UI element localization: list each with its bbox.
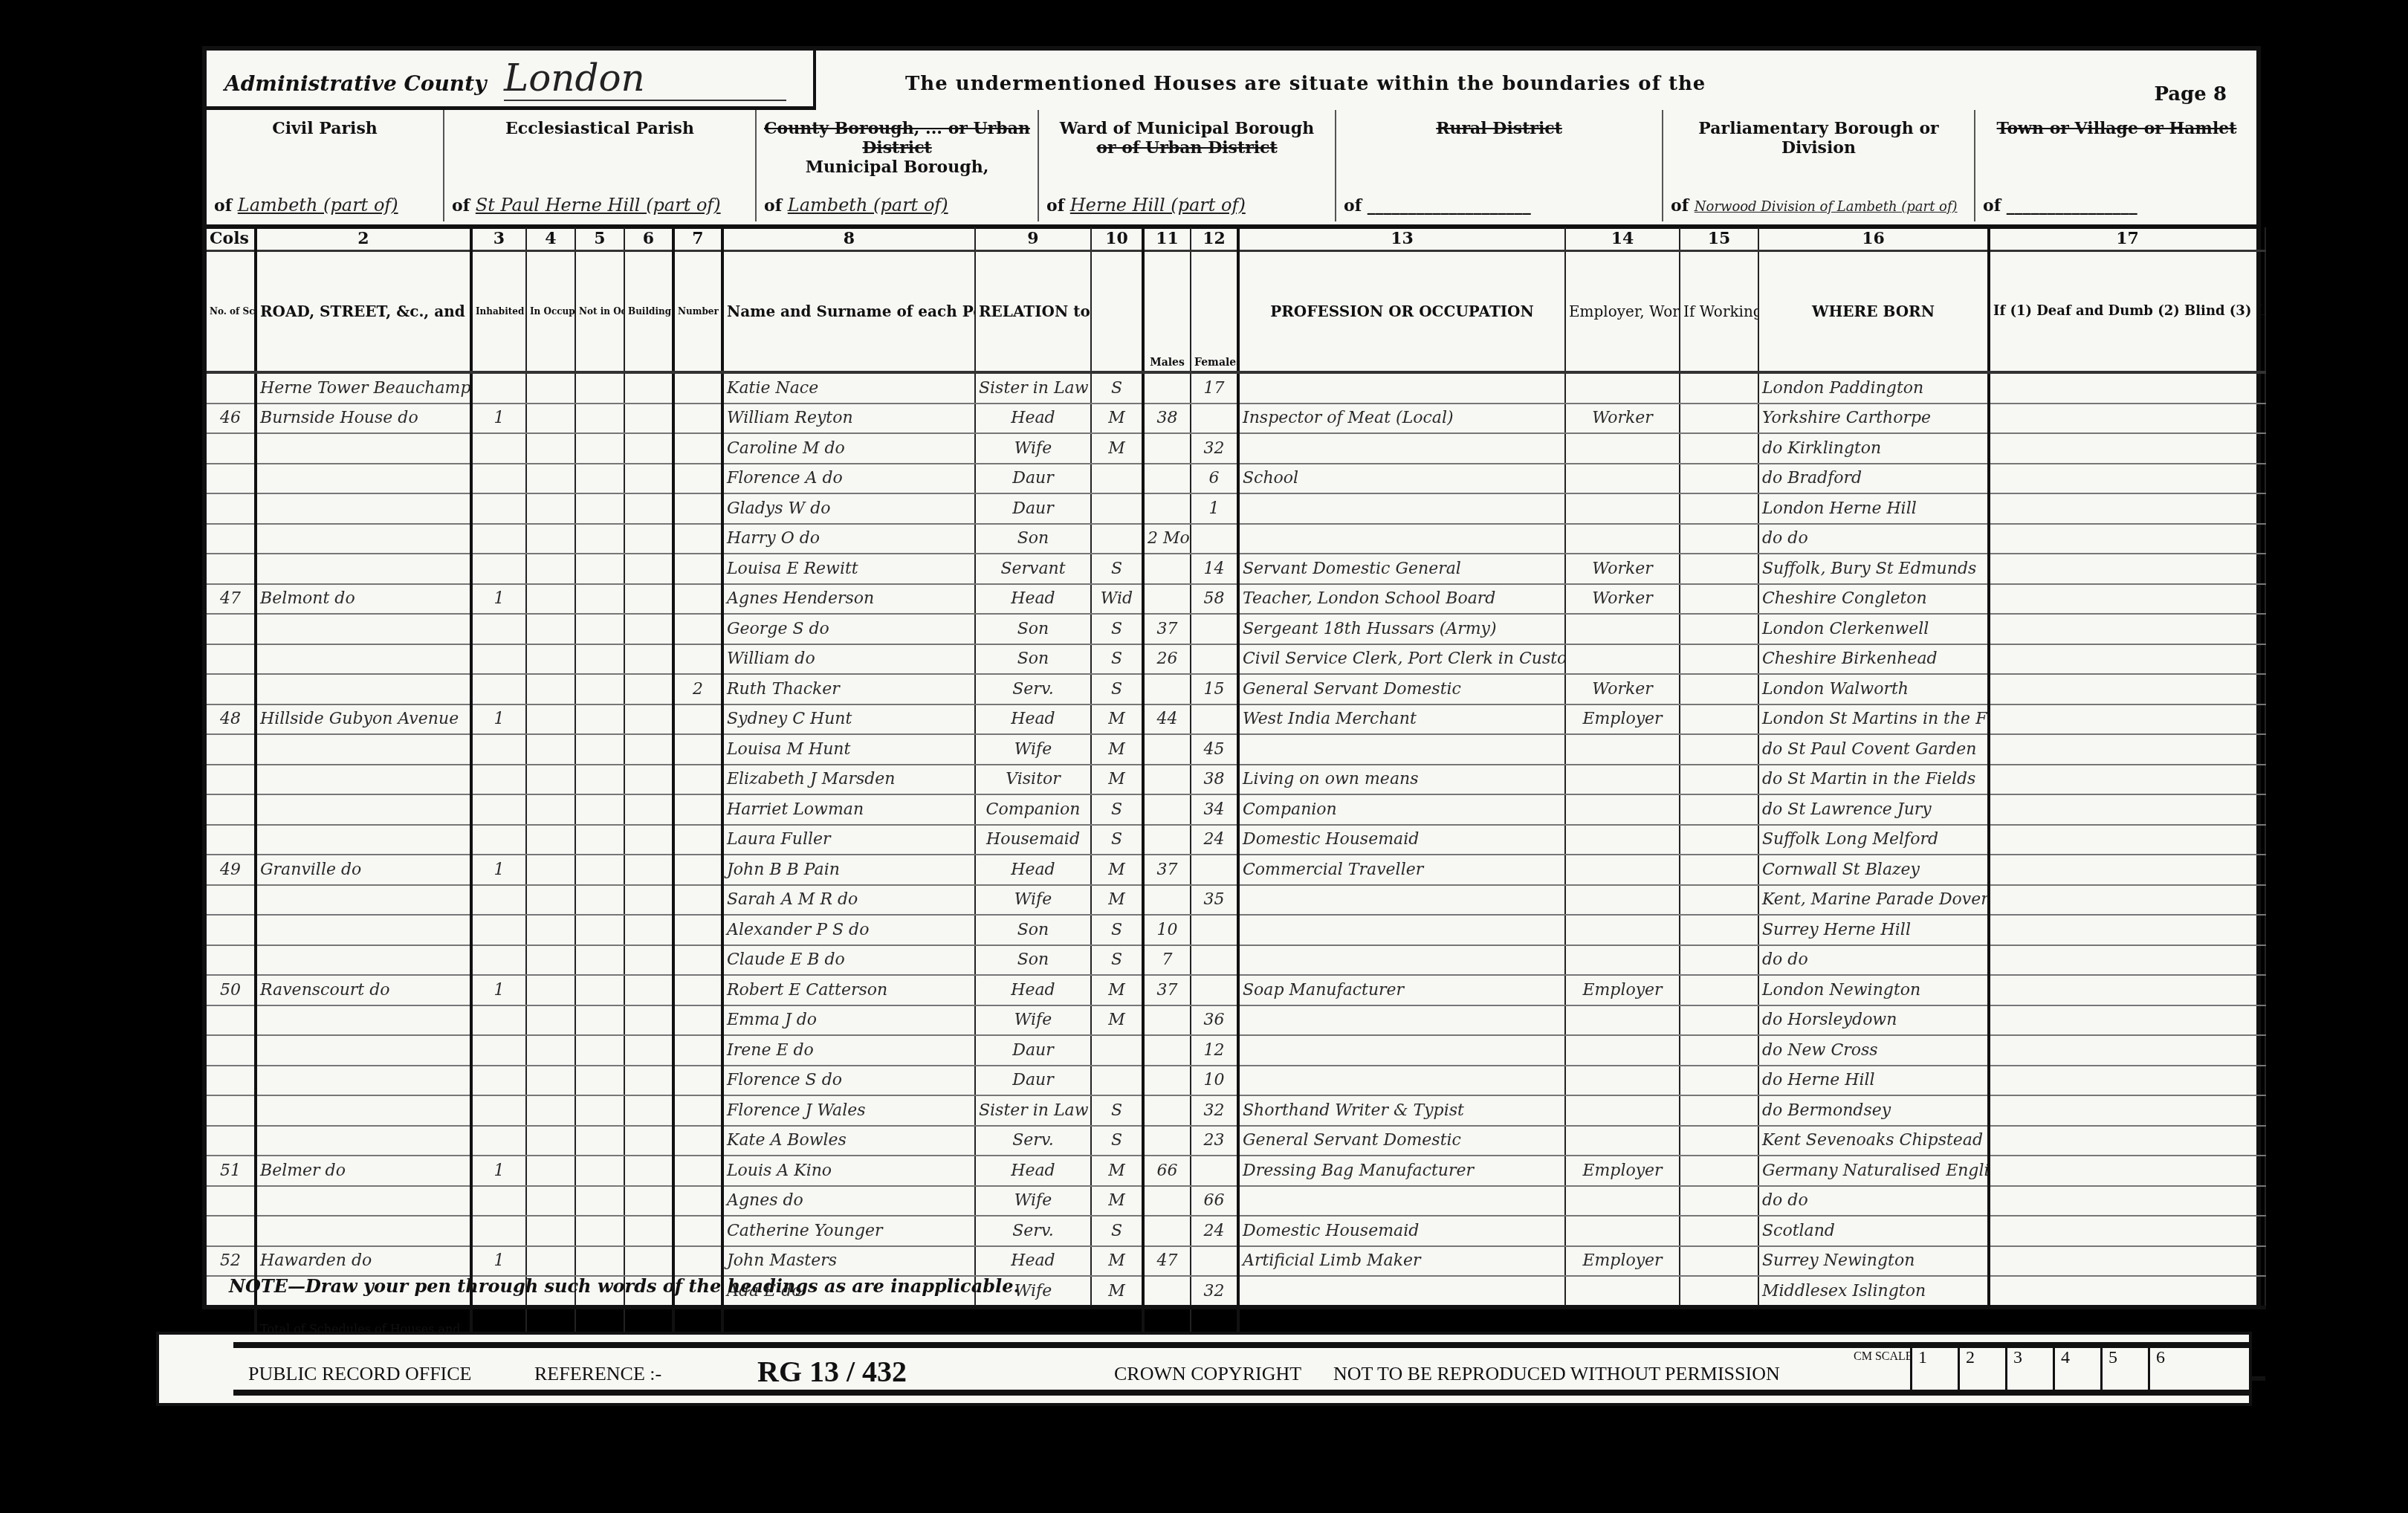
cell-empty (575, 524, 624, 554)
cell-name: Katie Nace (722, 372, 975, 404)
cell-empty (575, 674, 624, 704)
cell-empty (575, 915, 624, 945)
cell-empty (526, 1066, 575, 1096)
area-value: Norwood Division of Lambeth (part of) (1695, 199, 1958, 215)
cell-empty (624, 493, 673, 524)
cell-name: Louisa E Rewitt (722, 554, 975, 584)
cell-empty (624, 945, 673, 976)
table-row: 46Burnside House do1William ReytonHeadM3… (207, 404, 2265, 434)
area-value: Herne Hill (part of) (1070, 195, 1246, 216)
heading-condition: Condition as to Marriage (1091, 251, 1143, 373)
cell-occupation: General Servant Domestic (1238, 674, 1565, 704)
cell-condition (1091, 1066, 1143, 1096)
cell-empty (575, 855, 624, 885)
cell-name: Sydney C Hunt (722, 704, 975, 735)
cell-male-age: 26 (1143, 644, 1191, 675)
cell-male-age: 47 (1143, 1246, 1191, 1277)
heading-road-street: ROAD, STREET, &c., and No. or NAME of HO… (256, 251, 471, 373)
cell-schedule (207, 915, 256, 945)
cell-empty (1680, 1005, 1758, 1036)
cell-female-age: 24 (1191, 1216, 1238, 1246)
cell-inhab (471, 734, 526, 765)
cell-rooms (673, 1156, 722, 1186)
cell-inhab: 1 (471, 704, 526, 735)
cell-name: Agnes do (722, 1186, 975, 1216)
cell-female-age: 45 (1191, 734, 1238, 765)
cell-female-age: 14 (1191, 554, 1238, 584)
cell-rooms (673, 372, 722, 404)
cell-born: London Clerkenwell (1758, 614, 1989, 644)
cell-empty (624, 433, 673, 464)
cell-male-age (1143, 1066, 1191, 1096)
col-num: 13 (1238, 227, 1565, 251)
cell-occupation (1238, 372, 1565, 404)
cell-occupation: Living on own means (1238, 765, 1565, 795)
cell-empty (526, 433, 575, 464)
ecclesiastical-parish: Ecclesiastical Parish of St Paul Herne H… (444, 110, 757, 221)
cell-empty (624, 825, 673, 855)
cell-occupation (1238, 1005, 1565, 1036)
cell-male-age: 44 (1143, 704, 1191, 735)
cell-male-age (1143, 825, 1191, 855)
cell-empty (1680, 404, 1758, 434)
cell-occupation: Teacher, London School Board (1238, 584, 1565, 615)
cell-empty (624, 1126, 673, 1156)
scale-mark: 1 (1910, 1348, 1958, 1396)
cell-house (256, 885, 471, 916)
cell-occupation: West India Merchant (1238, 704, 1565, 735)
cell-born: do Herne Hill (1758, 1066, 1989, 1096)
cell-occupation (1238, 885, 1565, 916)
cell-empty (526, 584, 575, 615)
table-row: Kate A BowlesServ.S23General Servant Dom… (207, 1126, 2265, 1156)
cell-empty (526, 915, 575, 945)
cell-employ: Employer (1565, 1156, 1680, 1186)
cell-house (256, 1126, 471, 1156)
instruction-note: NOTE—Draw your pen through such words of… (229, 1275, 1020, 1297)
reference-label: REFERENCE :- (534, 1363, 661, 1385)
cell-house (256, 493, 471, 524)
cell-name: John B B Pain (722, 855, 975, 885)
cell-empty (1680, 945, 1758, 976)
cell-female-age (1191, 975, 1238, 1005)
cell-schedule (207, 734, 256, 765)
cell-female-age: 32 (1191, 1276, 1238, 1307)
cell-born: do do (1758, 524, 1989, 554)
cell-empty (624, 1216, 673, 1246)
civil-parish: Civil Parish of Lambeth (part of) (207, 110, 444, 221)
cell-inhab (471, 614, 526, 644)
cell-name: Catherine Younger (722, 1216, 975, 1246)
cell-name: Florence A do (722, 464, 975, 494)
cell-occupation: Dressing Bag Manufacturer (1238, 1156, 1565, 1186)
cell-rooms (673, 1186, 722, 1216)
cell-infirm (1989, 1246, 2265, 1277)
cell-empty (575, 825, 624, 855)
cell-rooms (673, 404, 722, 434)
cell-empty (1680, 1216, 1758, 1246)
cell-female-age (1191, 1156, 1238, 1186)
table-row: Emma J doWifeM36do Horsleydown (207, 1005, 2265, 1036)
cell-name: Robert E Catterson (722, 975, 975, 1005)
cell-schedule (207, 614, 256, 644)
cell-empty (575, 1156, 624, 1186)
cell-born: Suffolk Long Melford (1758, 825, 1989, 855)
divider (233, 1342, 2249, 1348)
cell-name: Sarah A M R do (722, 885, 975, 916)
cell-empty (575, 1126, 624, 1156)
cell-empty (624, 674, 673, 704)
cell-inhab: 1 (471, 404, 526, 434)
cell-female-age (1191, 404, 1238, 434)
cell-relation: Serv. (975, 1216, 1091, 1246)
cell-condition: M (1091, 404, 1143, 434)
cell-female-age (1191, 855, 1238, 885)
cell-female-age: 17 (1191, 372, 1238, 404)
cell-inhab (471, 554, 526, 584)
cell-infirm (1989, 433, 2265, 464)
cell-name: Ruth Thacker (722, 674, 975, 704)
cell-empty (624, 1156, 673, 1186)
cell-relation: Son (975, 945, 1091, 976)
cell-empty (526, 794, 575, 825)
cell-employ (1565, 1186, 1680, 1216)
cell-empty (526, 855, 575, 885)
cell-born: do Horsleydown (1758, 1005, 1989, 1036)
page-label: Page (2154, 83, 2206, 106)
cell-empty (526, 554, 575, 584)
cell-infirm (1989, 794, 2265, 825)
cell-relation: Wife (975, 885, 1091, 916)
cell-empty (526, 945, 575, 976)
cell-empty (1680, 644, 1758, 675)
heading-where-born: WHERE BORN (1758, 251, 1989, 373)
cell-empty (526, 404, 575, 434)
cell-schedule: 49 (207, 855, 256, 885)
cell-born: do Bermondsey (1758, 1095, 1989, 1126)
cell-born: do St Martin in the Fields (1758, 765, 1989, 795)
cell-schedule (207, 885, 256, 916)
cell-occupation: Soap Manufacturer (1238, 975, 1565, 1005)
cell-employ: Worker (1565, 554, 1680, 584)
table-row: 50Ravenscourt do1Robert E CattersonHeadM… (207, 975, 2265, 1005)
cell-infirm (1989, 825, 2265, 855)
cell-male-age (1143, 493, 1191, 524)
area-of: of Herne Hill (part of) (1046, 195, 1246, 216)
cell-name: Elizabeth J Marsden (722, 765, 975, 795)
cell-female-age: 32 (1191, 1095, 1238, 1126)
cell-empty (575, 945, 624, 976)
col-num: 10 (1091, 227, 1143, 251)
table-row: Florence A doDaur6Schooldo Bradford (207, 464, 2265, 494)
heading-not-in-occupation: Not in Occupation (575, 251, 624, 373)
cell-relation: Head (975, 1246, 1091, 1277)
cell-infirm (1989, 1186, 2265, 1216)
cell-occupation: Civil Service Clerk, Port Clerk in Custo… (1238, 644, 1565, 675)
census-sheet: Administrative County London The underme… (202, 46, 2261, 1309)
table-row: Laura FullerHousemaidS24Domestic Housema… (207, 825, 2265, 855)
cell-rooms (673, 524, 722, 554)
cell-inhab (471, 493, 526, 524)
cell-occupation (1238, 1186, 1565, 1216)
cell-born: Cornwall St Blazey (1758, 855, 1989, 885)
cell-condition: M (1091, 734, 1143, 765)
cell-male-age (1143, 1186, 1191, 1216)
cell-inhab (471, 1095, 526, 1126)
cell-inhab (471, 1035, 526, 1066)
area-of: of ____________________ (1344, 196, 1531, 216)
cell-employ (1565, 1216, 1680, 1246)
cell-rooms (673, 734, 722, 765)
cell-employ (1565, 1066, 1680, 1096)
ward: Ward of Municipal Boroughor of Urban Dis… (1039, 110, 1336, 221)
heading-infirmity: If (1) Deaf and Dumb (2) Blind (3) Lunat… (1989, 251, 2265, 373)
cell-empty (624, 885, 673, 916)
cell-condition: M (1091, 704, 1143, 735)
cell-empty (1680, 704, 1758, 735)
cell-empty (1680, 1156, 1758, 1186)
cell-female-age (1191, 915, 1238, 945)
cell-female-age: 6 (1191, 464, 1238, 494)
reproduction-notice: NOT TO BE REPRODUCED WITHOUT PERMISSION (1333, 1363, 1780, 1385)
page-number-value: 8 (2213, 83, 2227, 106)
cell-empty (575, 765, 624, 795)
col-num: 9 (975, 227, 1091, 251)
cell-house (256, 524, 471, 554)
cell-relation: Companion (975, 794, 1091, 825)
page-number: Page 8 (2154, 83, 2227, 106)
cell-empty (575, 885, 624, 916)
cell-occupation: School (1238, 464, 1565, 494)
table-row: 2Ruth ThackerServ.S15General Servant Dom… (207, 674, 2265, 704)
cell-male-age (1143, 734, 1191, 765)
county-value: London (504, 56, 786, 101)
cell-male-age: 37 (1143, 855, 1191, 885)
cell-name: Harriet Lowman (722, 794, 975, 825)
cell-name: Florence S do (722, 1066, 975, 1096)
cell-rooms (673, 433, 722, 464)
cell-empty (624, 372, 673, 404)
cell-rooms (673, 1066, 722, 1096)
cell-empty (624, 404, 673, 434)
struck-heading: or of Urban District (1096, 138, 1277, 158)
cell-empty (1680, 1186, 1758, 1216)
struck-heading: County Borough, ... or Urban District (764, 119, 1030, 158)
struck-heading: Rural District (1436, 119, 1562, 138)
cell-female-age: 23 (1191, 1126, 1238, 1156)
cell-empty (624, 584, 673, 615)
cell-occupation (1238, 1066, 1565, 1096)
cell-employ (1565, 433, 1680, 464)
cell-occupation: Domestic Housemaid (1238, 1216, 1565, 1246)
cell-empty (526, 614, 575, 644)
cell-employ: Worker (1565, 674, 1680, 704)
cell-schedule (207, 464, 256, 494)
cell-name: Caroline M do (722, 433, 975, 464)
cell-born: do do (1758, 945, 1989, 976)
heading-schedule: No. of Schedule (207, 251, 256, 373)
cell-born: Scotland (1758, 1216, 1989, 1246)
cell-rooms (673, 464, 722, 494)
cell-relation: Wife (975, 1005, 1091, 1036)
cell-female-age: 38 (1191, 765, 1238, 795)
scale-mark: 2 (1958, 1348, 2005, 1396)
cell-empty (624, 1005, 673, 1036)
cell-employ (1565, 464, 1680, 494)
cell-female-age: 12 (1191, 1035, 1238, 1066)
cell-male-age (1143, 1095, 1191, 1126)
cell-inhab (471, 794, 526, 825)
cell-relation: Housemaid (975, 825, 1091, 855)
cell-occupation: Sergeant 18th Hussars (Army) (1238, 614, 1565, 644)
cell-relation: Head (975, 584, 1091, 615)
cell-infirm (1989, 885, 2265, 916)
cell-female-age: 15 (1191, 674, 1238, 704)
cell-rooms (673, 825, 722, 855)
cell-female-age: 24 (1191, 825, 1238, 855)
cell-relation: Daur (975, 464, 1091, 494)
cell-employ (1565, 734, 1680, 765)
cell-occupation: Servant Domestic General (1238, 554, 1565, 584)
cell-male-age (1143, 885, 1191, 916)
cell-inhab: 1 (471, 855, 526, 885)
cell-house (256, 1035, 471, 1066)
heading-relation: RELATION to Head of Family (975, 251, 1091, 373)
cell-occupation: Shorthand Writer & Typist (1238, 1095, 1565, 1126)
cell-inhab (471, 524, 526, 554)
cell-relation: Visitor (975, 765, 1091, 795)
cell-empty (1680, 885, 1758, 916)
cell-born: Cheshire Birkenhead (1758, 644, 1989, 675)
table-row: 47Belmont do1Agnes HendersonHeadWid58Tea… (207, 584, 2265, 615)
cell-relation: Head (975, 404, 1091, 434)
cell-female-age: 36 (1191, 1005, 1238, 1036)
cell-employ: Worker (1565, 404, 1680, 434)
cell-empty (575, 372, 624, 404)
cell-female-age (1191, 614, 1238, 644)
cell-name: Kate A Bowles (722, 1126, 975, 1156)
cell-male-age (1143, 765, 1191, 795)
cell-relation: Son (975, 614, 1091, 644)
cell-male-age (1143, 674, 1191, 704)
cell-name: Harry O do (722, 524, 975, 554)
cell-condition: S (1091, 644, 1143, 675)
cell-schedule: 51 (207, 1156, 256, 1186)
cell-rooms (673, 614, 722, 644)
scale-mark: 5 (2100, 1348, 2148, 1396)
cell-inhab (471, 945, 526, 976)
cell-empty (575, 1216, 624, 1246)
heading-employer: Employer, Worker, or Own account (1565, 251, 1680, 373)
cell-condition: M (1091, 1246, 1143, 1277)
cell-inhab (471, 825, 526, 855)
cell-rooms (673, 554, 722, 584)
cell-relation: Sister in Law (975, 372, 1091, 404)
cell-empty (526, 825, 575, 855)
copyright-label: CROWN COPYRIGHT (1114, 1363, 1301, 1385)
cell-house (256, 1066, 471, 1096)
cell-condition: M (1091, 433, 1143, 464)
cell-occupation: Artificial Limb Maker (1238, 1246, 1565, 1277)
cell-employ: Employer (1565, 1246, 1680, 1277)
cell-employ: Employer (1565, 704, 1680, 735)
cell-empty (575, 1066, 624, 1096)
cell-occupation: Commercial Traveller (1238, 855, 1565, 885)
cell-empty (624, 614, 673, 644)
cell-name: John Masters (722, 1246, 975, 1277)
area-of: of Lambeth (part of) (764, 195, 948, 216)
cell-male-age (1143, 464, 1191, 494)
cell-rooms (673, 1126, 722, 1156)
cm-scale: 1 2 3 4 5 6 (1910, 1348, 2195, 1396)
administrative-county: Administrative County London (207, 51, 816, 110)
cell-female-age (1191, 704, 1238, 735)
cell-condition: S (1091, 614, 1143, 644)
col-num: 14 (1565, 227, 1680, 251)
cell-relation: Sister in Law (975, 1095, 1091, 1126)
cell-empty (1680, 734, 1758, 765)
cell-born: London Walworth (1758, 674, 1989, 704)
cell-relation: Son (975, 915, 1091, 945)
table-row: 48Hillside Gubyon Avenue1Sydney C HuntHe… (207, 704, 2265, 735)
cell-empty (1680, 1246, 1758, 1277)
cell-infirm (1989, 1095, 2265, 1126)
col-num: 12 (1191, 227, 1238, 251)
cell-house (256, 794, 471, 825)
area-title: Ward of Municipal Borough (1060, 119, 1315, 138)
census-table: Cols 1 2 3 4 5 6 7 8 9 10 11 12 13 14 15… (207, 227, 2266, 1381)
table-row: Sarah A M R doWifeM35Kent, Marine Parade… (207, 885, 2265, 916)
cell-female-age: 1 (1191, 493, 1238, 524)
cell-inhab: 1 (471, 1246, 526, 1277)
cell-empty (526, 493, 575, 524)
cm-scale-label: CM SCALE (1854, 1350, 1913, 1364)
cell-relation: Head (975, 704, 1091, 735)
cell-employ: Worker (1565, 584, 1680, 615)
cell-schedule (207, 1186, 256, 1216)
cell-house: Hawarden do (256, 1246, 471, 1277)
col-num: 7 (673, 227, 722, 251)
cell-schedule (207, 524, 256, 554)
cell-schedule (207, 1216, 256, 1246)
record-office-footer: PUBLIC RECORD OFFICE REFERENCE :- RG 13 … (156, 1332, 2252, 1406)
table-row: Irene E doDaur12do New Cross (207, 1035, 2265, 1066)
cell-empty (624, 1246, 673, 1277)
cell-house (256, 433, 471, 464)
cell-relation: Head (975, 975, 1091, 1005)
cell-employ (1565, 915, 1680, 945)
cell-infirm (1989, 765, 2265, 795)
cell-name: Irene E do (722, 1035, 975, 1066)
cell-inhab (471, 1186, 526, 1216)
municipal-borough: County Borough, ... or Urban DistrictMun… (757, 110, 1039, 221)
record-office-label: PUBLIC RECORD OFFICE (248, 1363, 472, 1385)
cell-empty (575, 614, 624, 644)
table-row: Claude E B doSonS7do do (207, 945, 2265, 976)
cell-employ (1565, 945, 1680, 976)
cell-relation: Serv. (975, 674, 1091, 704)
cell-empty (526, 975, 575, 1005)
area-of: of Norwood Division of Lambeth (part of) (1671, 196, 1958, 216)
cell-house (256, 1216, 471, 1246)
cell-occupation: Domestic Housemaid (1238, 825, 1565, 855)
cell-born: do do (1758, 1186, 1989, 1216)
cell-empty (575, 1005, 624, 1036)
area-of: of ________________ (1983, 196, 2137, 216)
cell-empty (526, 644, 575, 675)
table-row: 49Granville do1John B B PainHeadM37Comme… (207, 855, 2265, 885)
cell-name: Gladys W do (722, 493, 975, 524)
